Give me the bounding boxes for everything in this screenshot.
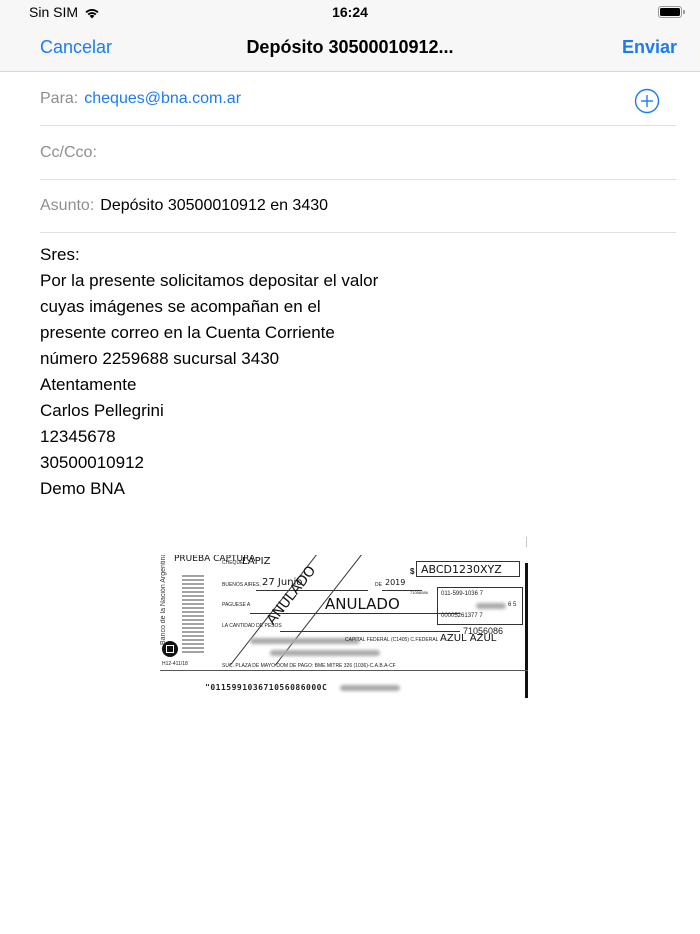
payee-value: ANULADO [325,595,400,613]
body-line: 12345678 [40,424,640,450]
check-image-attachment[interactable]: PRUEBA CAPTURA Banco de la Nación Argent… [160,555,530,700]
year-label: DE [375,582,382,588]
clock: 16:24 [0,4,700,20]
city-label: BUENOS AIRES, [222,582,261,588]
cc-bcc-label: Cc/Cco: [40,144,97,162]
amount-box: ABCD1230XYZ [416,561,520,577]
status-bar: Sin SIM 16:24 [0,0,700,24]
location-line: CAPITAL FEDERAL (C1405) C.FEDERAL [345,637,438,643]
battery-icon [658,6,685,18]
form-code: H12-411/18 [162,661,188,667]
account-box: 011-599-1036 7 6 5 00005261377 7 [437,587,523,625]
compose-nav-bar: Cancelar Depósito 30500010912... Enviar [0,24,700,72]
body-line: Por la presente solicitamos depositar el… [40,268,640,294]
body-line: Atentamente [40,372,640,398]
recipient-token[interactable]: cheques@bna.com.ar [84,90,241,108]
cheque-value: LAPIZ [242,556,270,567]
compose-title: Depósito 30500010912... [0,37,700,58]
payee-label: PAGUESE A [222,602,250,608]
bank-name-vertical: Banco de la Nación Argentina [160,585,170,645]
body-line: 30500010912 [40,450,640,476]
micr-line: "011599103671056086000C [205,683,327,692]
body-line: Carlos Pellegrini [40,398,640,424]
subject-field[interactable]: Asunto: Depósito 30500010912 en 3430 [40,180,676,233]
cheque-label: CHEQUE [222,560,243,566]
text-cursor [526,537,527,547]
to-field[interactable]: Para: cheques@bna.com.ar [40,73,676,126]
security-pattern [182,573,204,653]
branch-line: SUC. PLAZA DE MAYO DOM DE PAGO: BME MITR… [222,663,396,669]
body-line: número 2259688 sucursal 3430 [40,346,640,372]
body-line: Demo BNA [40,476,640,502]
side-numbers: 71056086 [410,591,428,595]
send-button[interactable]: Enviar [622,37,677,58]
year-value: 2019 [385,578,405,587]
message-body[interactable]: Sres: Por la presente solicitamos deposi… [40,242,640,502]
cc-bcc-field[interactable]: Cc/Cco: [40,127,676,180]
subject-input[interactable]: Depósito 30500010912 en 3430 [100,197,328,215]
handwritten-note: AZUL AZUL [440,633,496,644]
amount-symbol: $ [410,567,414,576]
body-line: cuyas imágenes se acompañan en el [40,294,640,320]
body-line: Sres: [40,242,640,268]
bank-logo-icon [162,641,178,657]
to-label: Para: [40,90,78,108]
plus-circle-icon[interactable] [634,88,660,114]
subject-label: Asunto: [40,197,94,215]
body-line: presente correo en la Cuenta Corriente [40,320,640,346]
